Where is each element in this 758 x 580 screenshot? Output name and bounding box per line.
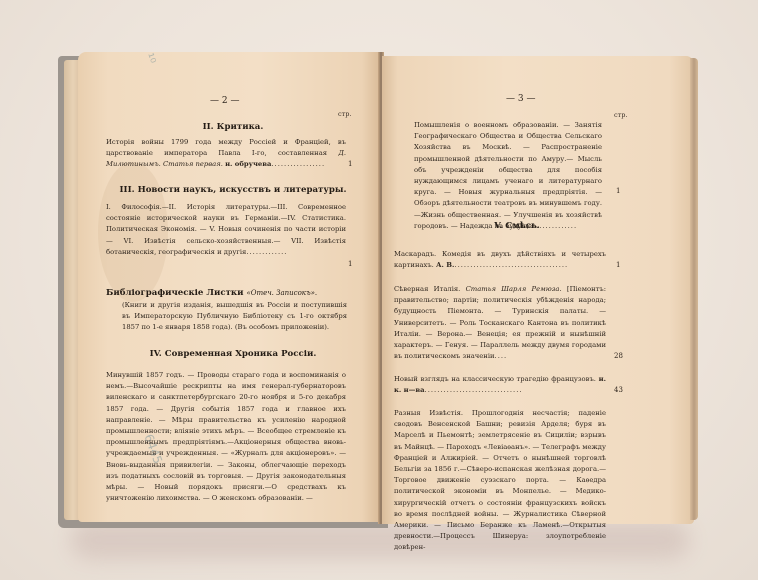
section-heading-critique: II. Критика. <box>118 122 348 132</box>
toc-entry: Разныя Извѣстія. Прошлогоднія несчастія;… <box>394 408 606 554</box>
page-number: — 2 — <box>210 96 239 106</box>
pencil-mark-top: ₁₀ <box>144 50 162 65</box>
toc-entry: Минувшій 1857 годъ. — Проводы стараго го… <box>106 370 346 504</box>
toc-entry: Исторія войны 1799 года между Россіей и … <box>106 137 346 171</box>
page-ref: 1 <box>616 261 620 269</box>
section-heading-bibliography: Библіографическіе Листки «Отеч. Записокъ… <box>106 288 356 298</box>
toc-entry-continuation: Помышленія о военномъ образованіи. — Зан… <box>414 120 602 232</box>
section-heading-news: III. Новости наукъ, искусствъ и литерату… <box>98 185 368 195</box>
page-ref: 1 <box>348 260 352 268</box>
page-number: — 3 — <box>506 94 535 104</box>
toc-entry: I. Философія.—II. Исторія литературы.—II… <box>106 202 346 258</box>
page-ref: 1 <box>348 160 352 168</box>
column-label: стр. <box>338 110 351 118</box>
left-page: ₁₀ 6445 — 2 — стр. II. Критика. Исторія … <box>78 52 380 522</box>
column-label: стр. <box>614 111 627 119</box>
bibliography-note: (Книги и другія изданія, вышедшія въ Рос… <box>122 300 347 334</box>
page-ref: 1 <box>616 187 620 195</box>
section-heading-chronicle: IV. Современная Хроника Россіи. <box>108 349 358 359</box>
toc-entry: Новый взглядъ на классическую трагедію ф… <box>394 374 606 396</box>
page-ref: 43 <box>614 386 623 394</box>
right-page-edges <box>690 58 698 520</box>
page-ref: 28 <box>614 352 623 360</box>
toc-entry: Маскарадъ. Комедія въ двухъ дѣйствіяхъ и… <box>394 249 606 271</box>
toc-entry: Сѣверная Италія. Статья Шарля Ремюза. [П… <box>394 284 606 362</box>
right-page: — 3 — стр. Помышленія о военномъ образов… <box>382 56 694 524</box>
section-heading-miscellany: V. Смѣсь. <box>412 221 622 231</box>
